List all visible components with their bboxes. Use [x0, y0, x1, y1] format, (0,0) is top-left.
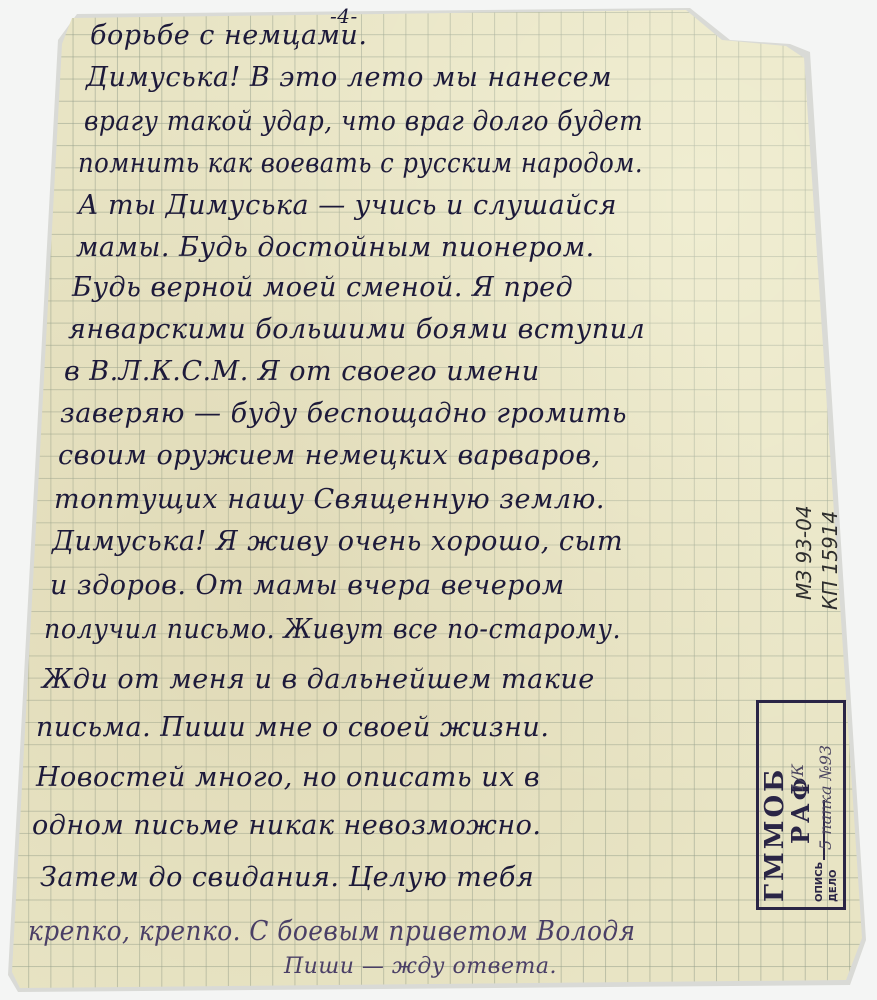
archive-stamp: ГММОБ РАФ ОПИСЬ ДЕЛО 1/К 5 папка №93 [756, 700, 846, 910]
margin-annotation-catalog: КП 15914 [818, 511, 842, 610]
letter-line: борьбе с немцами. [90, 20, 367, 51]
letter-line: помнить как воевать с русским народом. [78, 148, 643, 179]
letter-line: Димуська! Я живу очень хорошо, сыт [52, 526, 623, 557]
letter-line: А ты Димуська — учись и слушайся [78, 190, 617, 221]
letter-line: январскими большими боями вступил [68, 314, 645, 345]
letter-line: Затем до свидания. Целую тебя [40, 862, 534, 893]
letter-line: в В.Л.К.С.М. Я от своего имени [64, 356, 540, 387]
stamp-field-opis: ОПИСЬ [814, 862, 825, 902]
postscript: Пиши — жду ответа. [284, 954, 557, 979]
margin-annotation-inventory: МЗ 93-04 [792, 505, 816, 600]
letter-line: одном письме никак невозможно. [32, 810, 541, 841]
letter-line: и здоров. От мамы вчера вечером [50, 570, 565, 601]
letter-line: письма. Пиши мне о своей жизни. [36, 712, 549, 743]
letter-line: заверяю — буду беспощадно громить [60, 398, 627, 429]
stamp-handwritten-opis: 1/К [788, 764, 807, 792]
archive-stamp-content: ГММОБ РАФ ОПИСЬ ДЕЛО 1/К 5 папка №93 [756, 700, 846, 910]
stamp-handwritten-delo: 5 папка №93 [816, 745, 835, 850]
letter-scene: -4- борьбе с немцами. Димуська! В это ле… [0, 0, 877, 1000]
letter-line: Димуська! В это лето мы нанесем [86, 62, 612, 93]
letter-line: Новостей много, но описать их в [36, 762, 540, 793]
letter-line: крепко, крепко. С боевым приветом Володя [28, 916, 636, 947]
stamp-field-delo: ДЕЛО [828, 869, 839, 902]
letter-line: Будь верной моей сменой. Я пред [72, 272, 573, 303]
letter-line: Жди от меня и в дальнейшем такие [42, 664, 595, 695]
letter-line: врагу такой удар, что враг долго будет [84, 106, 643, 137]
letter-line: мамы. Будь достойным пионером. [76, 232, 595, 263]
letter-line: своим оружием немецких варваров, [58, 440, 601, 471]
letter-line: топтущих нашу Священную землю. [54, 484, 605, 515]
letter-line: получил письмо. Живут все по-старому. [44, 614, 621, 645]
